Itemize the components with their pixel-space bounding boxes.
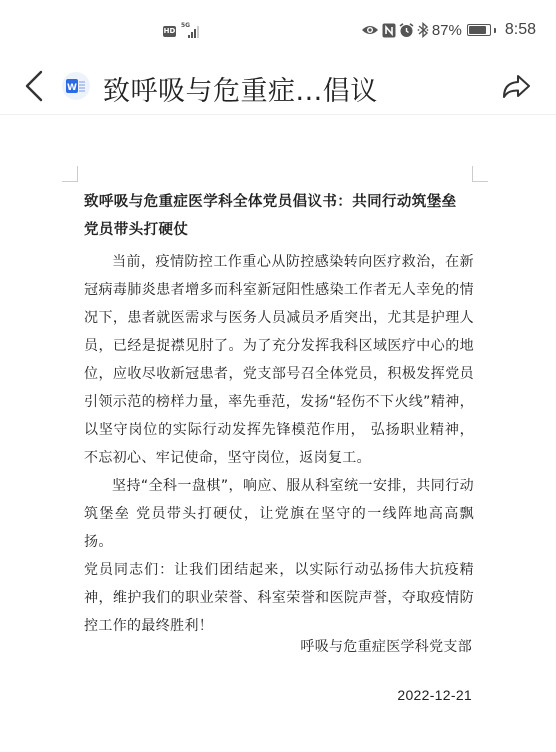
cellular-signal-icon: 5G [181,24,203,38]
document-title: 致呼吸与危重症...倡议 [103,69,378,108]
document-body: 致呼吸与危重症医学科全体党员倡议书：共同行动筑堡垒 党员带头打硬仗 当前，疫情防… [84,188,474,640]
document-heading: 致呼吸与危重症医学科全体党员倡议书：共同行动筑堡垒 党员带头打硬仗 [84,188,474,244]
paragraph-3: 党员同志们：让我们团结起来，以实际行动弘扬伟大抗疫精神，维护我们的职业荣誉、科室… [84,556,474,640]
paragraph-2: 坚持“全科一盘棋”，响应、服从科室统一安排，共同行动筑堡垒 党员带头打硬仗，让党… [84,472,474,556]
bluetooth-icon [417,22,429,38]
heading-line-1: 致呼吸与危重症医学科全体党员倡议书：共同行动筑堡垒 [84,188,474,216]
battery-icon [467,24,491,36]
document-page[interactable]: 致呼吸与危重症医学科全体党员倡议书：共同行动筑堡垒 党员带头打硬仗 当前，疫情防… [0,116,556,752]
share-icon [501,73,531,101]
word-doc-icon: W [62,72,90,100]
margin-corner-top-left [62,166,78,182]
battery-tip [494,28,496,33]
document-title-bar: W 致呼吸与危重症...倡议 [0,60,556,115]
signature: 呼吸与危重症医学科党支部 [300,636,472,656]
share-button[interactable] [500,72,532,102]
heading-line-2: 党员带头打硬仗 [84,216,474,244]
status-center-group: HD 5G [163,24,203,38]
status-right-group: 87% 8:58 [361,21,536,39]
svg-text:W: W [67,83,77,93]
paragraph-1: 当前，疫情防控工作重心从防控感染转向医疗救治，在新冠病毒肺炎患者增多而科室新冠阳… [84,248,474,472]
document-date: 2022-12-21 [397,687,472,703]
alarm-icon [399,23,414,38]
eye-comfort-icon [361,24,379,36]
battery-percent: 87% [432,22,462,39]
chevron-left-icon [24,70,44,102]
back-button[interactable] [20,70,48,102]
clock: 8:58 [505,21,536,39]
status-bar: HD 5G 87% 8:58 [0,0,556,60]
margin-corner-top-right [472,166,488,182]
hd-voice-icon: HD [163,26,176,37]
nfc-icon [382,23,396,38]
